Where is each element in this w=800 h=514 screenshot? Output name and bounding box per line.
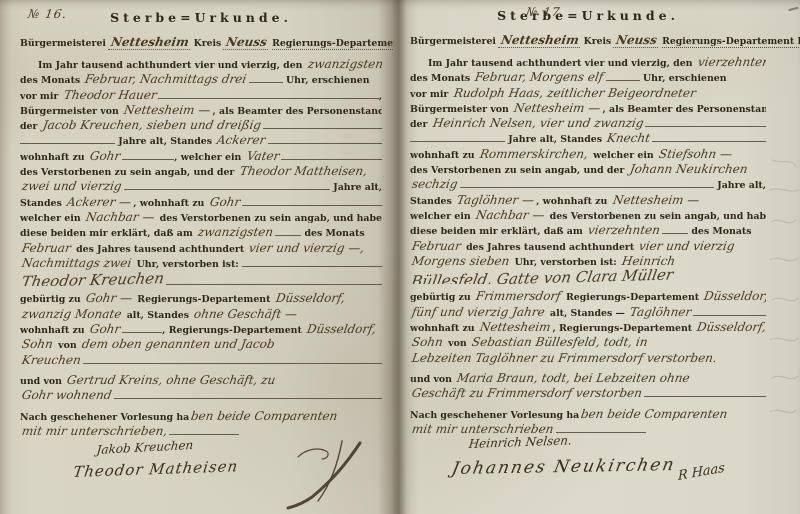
form-line: zwanzig Monate alt, Standes ohne Geschäf…: [20, 307, 382, 322]
filler-rule: [158, 96, 378, 99]
form-line: Standes Taglöhner —, wohnhaft zu Nettesh…: [410, 193, 766, 208]
printed-form-text: diese beiden mir erklärt, daß am: [410, 226, 586, 237]
handwritten-entry: vier und vierzig —,: [246, 241, 367, 255]
printed-form-text: von: [55, 340, 80, 351]
handwritten-entry: Gohr: [87, 149, 123, 163]
form-line: zwei und vierzig Jahre alt,: [20, 179, 382, 194]
printed-form-text: Nach geschehener Vorlesung ha: [410, 410, 579, 421]
printed-form-text: welcher ein: [410, 211, 474, 222]
form-line: Standes Ackerer —, wohnhaft zu Gohr: [20, 195, 382, 210]
printed-form-text: , wohnhaft zu: [133, 198, 207, 209]
filler-rule: [275, 233, 301, 236]
filler-rule: [122, 330, 162, 333]
handwritten-entry: Düsseldorf,: [273, 291, 348, 305]
filler-rule: [249, 80, 283, 83]
printed-form-text: von: [445, 338, 470, 349]
handwritten-entry: Gohr wohnend: [20, 388, 115, 402]
form-line: Jahre alt, Standes Knecht: [410, 131, 766, 146]
printed-form-text: Uhr, erschienen: [283, 75, 370, 86]
form-line: mit mir unterschrieben,: [20, 424, 382, 439]
signature: Heinrich Nelsen.: [468, 433, 573, 451]
printed-form-text: diese beiden mir erklärt, daß am: [20, 228, 196, 239]
form-line: welcher ein Nachbar — des Verstorbenen z…: [410, 208, 766, 223]
printed-form-text: des Jahres tausend achthundert: [463, 242, 638, 253]
department-label: Regierungs-Departement Düsseldorf.: [662, 36, 800, 48]
printed-form-text: vor mir: [410, 89, 452, 100]
corner-ink-mark: [787, 3, 798, 11]
printed-form-text: des Monats: [20, 75, 83, 86]
form-line: wohnhaft zu Gohr, welcher ein Vater: [20, 149, 382, 164]
form-line: mit mir unterschrieben: [410, 422, 766, 437]
printed-form-text: gebürtig zu: [20, 294, 84, 305]
handwritten-entry: Stiefsohn —: [656, 147, 735, 161]
form-line: des Verstorbenen zu sein angab, und der …: [20, 164, 382, 179]
form-line: diese beiden mir erklärt, daß am vierzeh…: [410, 223, 766, 238]
printed-form-text: des Verstorbenen zu sein angab, und der: [20, 167, 238, 178]
handwritten-entry: zwanzig Monate: [20, 307, 125, 321]
county-label: Kreis: [194, 38, 222, 49]
form-line: des Verstorbenen zu sein angab, und der …: [410, 162, 766, 177]
form-line: Nach geschehener Vorlesung haben beide C…: [410, 407, 766, 422]
form-line: gebürtig zu Gohr — Regierungs-Departemen…: [20, 291, 382, 306]
printed-form-text: und von: [20, 376, 65, 387]
form-line: welcher ein Nachbar — des Verstorbenen z…: [20, 210, 382, 225]
form-line: des Monats Februar, Morgens elf Uhr, ers…: [410, 70, 766, 85]
form-line: Im Jahr tausend achthundert vier und vie…: [20, 57, 382, 72]
ink-bleedthrough: [766, 150, 800, 430]
handwritten-entry: Nettesheim —: [609, 193, 702, 207]
printed-form-text: Uhr, verstorben ist:: [133, 259, 242, 270]
handwritten-entry: Taglöhner: [627, 305, 694, 319]
handwritten-entry: Nettesheim: [477, 320, 554, 334]
municipality-label: Bürgermeisterei: [20, 38, 106, 49]
filler-rule: [114, 396, 382, 399]
form-line: des Monats Februar, Nachmittags drei Uhr…: [20, 72, 382, 87]
handwritten-entry: Sohn: [20, 337, 56, 351]
printed-form-text: welcher ein: [590, 150, 657, 161]
printed-form-text: ,: [379, 91, 382, 102]
municipality-entry: Nettesheim: [108, 35, 192, 50]
page-header: № 17. Sterbe=Urkunde.: [410, 5, 766, 29]
form-line: wohnhaft zu Gohr, Regierungs-Departement…: [20, 322, 382, 337]
form-line: Morgens sieben Uhr, verstorben ist: Hein…: [410, 254, 766, 269]
handwritten-entry: ben beide Comparenten: [188, 409, 341, 423]
form-line: Bürgermeister von Nettesheim —, als Beam…: [20, 103, 382, 118]
printed-form-text: Uhr, verstorben ist:: [511, 257, 620, 268]
printed-form-text: Bürgermeister von: [20, 106, 122, 117]
form-line: Gohr wohnend: [20, 388, 382, 403]
printed-form-text: des Jahres tausend achthundert: [73, 244, 248, 255]
printed-form-text: Nach geschehener Vorlesung ha: [20, 412, 189, 423]
handwritten-entry: Nachbar —: [83, 210, 158, 224]
form-line: Februar des Jahres tausend achthundert v…: [410, 239, 766, 254]
printed-form-text: Jahre alt,: [330, 182, 382, 193]
form-line: Bürgermeister von Nettesheim —, als Beam…: [410, 101, 766, 116]
handwritten-entry: vierzehnten: [585, 223, 663, 237]
form-line: der Heinrich Nelsen, vier und zwanzig: [410, 116, 766, 131]
handwritten-entry: Düsseldorf,: [304, 322, 379, 336]
certificate-page-17: № 17. Sterbe=Urkunde. Bürgermeisterei Ne…: [394, 0, 800, 514]
filler-rule: [169, 432, 239, 435]
printed-form-text: der: [20, 121, 41, 132]
printed-form-text: und von: [410, 374, 455, 385]
death-register-scan: № 16. Sterbe=Urkunde. Bürgermeisterei Ne…: [0, 0, 800, 514]
certificate-title: Sterbe=Urkunde.: [20, 7, 382, 25]
handwritten-entry: Geschäft zu Frimmersdorf verstorben: [410, 386, 645, 400]
printed-form-text: , Regierungs-Departement: [162, 325, 305, 336]
handwritten-entry: Theodor Hauer: [60, 88, 159, 102]
form-line: Im Jahr tausend achthundert vier und vie…: [410, 55, 766, 70]
form-line: Lebzeiten Taglöhner zu Frimmersdorf vers…: [410, 351, 766, 366]
form-line: wohnhaft zu Nettesheim, Regierungs-Depar…: [410, 320, 766, 335]
handwritten-entry: Rommerskirchen,: [477, 147, 591, 161]
form-line: Sohn von dem oben genannten und Jacob: [20, 337, 382, 352]
handwritten-entry: Morgens sieben: [410, 254, 512, 268]
printed-form-text: Regierungs-Departement: [563, 292, 703, 303]
printed-form-text: des Monats: [410, 73, 473, 84]
handwritten-entry: Gohr: [87, 322, 123, 336]
handwritten-entry: Februar: [410, 239, 464, 253]
handwritten-entry: Ackerer —: [64, 195, 134, 209]
filler-rule: [556, 430, 646, 433]
signature-block: Heinrich Nelsen. Johannes Neukirchen R H…: [410, 437, 766, 509]
handwritten-entry: zwanzigsten: [195, 225, 276, 239]
filler-rule: [20, 141, 115, 144]
form-line: und von Maria Braun, todt, bei Lebzeiten…: [410, 371, 766, 386]
county-label: Kreis: [584, 36, 612, 47]
printed-form-text: wohnhaft zu: [410, 150, 478, 161]
printed-form-text: des Verstorbenen zu sein angab, und habe…: [156, 213, 382, 224]
handwritten-entry: Gohr —: [83, 291, 135, 305]
filler-rule: [263, 126, 382, 129]
printed-form-text: Standes: [410, 196, 455, 207]
handwritten-entry: zwei und vierzig: [20, 179, 125, 193]
printed-form-text: des Verstorbenen zu sein angab, und der: [410, 165, 628, 176]
municipality-label: Bürgermeisterei: [410, 36, 496, 47]
handwritten-entry: Jacob Kreuchen, sieben und dreißig: [40, 118, 264, 132]
filler-rule: [644, 394, 766, 397]
record-number: № 16.: [25, 7, 70, 21]
handwritten-entry: sechzig: [410, 177, 461, 191]
filler-rule: [281, 157, 382, 160]
handwritten-entry: Nettesheim —: [121, 103, 214, 117]
printed-form-text: Jahre alt, Standes: [115, 136, 215, 147]
filler-rule: [124, 187, 330, 190]
handwritten-entry: mit mir unterschrieben,: [20, 424, 170, 438]
handwritten-entry: ben beide Comparenten: [578, 407, 731, 421]
printed-form-text: , welcher ein: [174, 152, 244, 163]
form-line: wohnhaft zu Rommerskirchen, welcher ein …: [410, 147, 766, 162]
filler-rule: [460, 185, 714, 188]
form-line: Kreuchen: [20, 353, 382, 368]
form-line: gebürtig zu Frimmersdorf Regierungs-Depa…: [410, 289, 766, 304]
printed-form-text: der: [410, 119, 431, 130]
printed-form-text: alt, Standes —: [547, 308, 628, 319]
filler-rule: [268, 141, 382, 144]
handwritten-entry: Sebastian Büllesfeld, todt, in: [469, 335, 651, 349]
filler-rule: [166, 282, 382, 285]
handwritten-entry: Februar, Morgens elf: [472, 70, 606, 84]
filler-rule: [693, 313, 766, 316]
record-number: № 17.: [523, 5, 568, 19]
form-line: fünf und vierzig Jahre alt, Standes — Ta…: [410, 305, 766, 320]
handwritten-entry: Maria Braun, todt, bei Lebzeiten ohne: [454, 371, 693, 385]
printed-form-text: des Monats: [301, 228, 364, 239]
form-line: Geschäft zu Frimmersdorf verstorben: [410, 386, 766, 401]
signature: Jakob Kreuchen: [96, 438, 194, 457]
handwritten-entry: Nachbar —: [473, 208, 548, 222]
handwritten-entry: Rudolph Haas, zeitlicher Beigeordneter: [450, 86, 698, 100]
certificate-body: Im Jahr tausend achthundert vier und vie…: [410, 55, 766, 437]
printed-form-text: Jahre alt,: [714, 180, 766, 191]
form-line: diese beiden mir erklärt, daß am zwanzig…: [20, 225, 382, 240]
printed-form-text: Jahre alt, Standes: [505, 134, 605, 145]
county-entry: Neuss: [613, 33, 660, 48]
handwritten-entry: Februar, Nachmittags drei: [82, 72, 249, 86]
printed-form-text: vor mir: [20, 91, 62, 102]
printed-form-text: gebürtig zu: [410, 292, 474, 303]
county-entry: Neuss: [223, 35, 270, 50]
filler-rule: [606, 78, 640, 81]
handwritten-entry: Sohn: [410, 335, 446, 349]
signature-block: Jakob Kreuchen Theodor Matheisen: [20, 439, 382, 511]
printed-form-text: des Verstorbenen zu sein angab, und habe…: [546, 211, 766, 222]
municipality-entry: Nettesheim: [498, 33, 582, 48]
form-line: Februar des Jahres tausend achthundert v…: [20, 241, 382, 256]
handwritten-entry: dem oben genannten und Jacob: [79, 337, 278, 351]
handwritten-entry: Taglöhner —: [454, 193, 537, 207]
printed-form-text: Uhr, erschienen: [640, 73, 727, 84]
form-line: Sohn von Sebastian Büllesfeld, todt, in: [410, 335, 766, 350]
handwritten-entry: Nachmittags zwei: [20, 256, 134, 270]
handwritten-entry: Büllesfeld, Gatte von Clara Müller: [410, 269, 677, 284]
handwritten-entry: Heinrich: [619, 254, 678, 268]
filler-rule: [652, 139, 766, 142]
form-line: Jahre alt, Standes Ackerer: [20, 133, 382, 148]
printed-form-text: , wohnhaft zu: [536, 196, 610, 207]
handwritten-entry: Theodor Kreuchen: [20, 271, 168, 286]
jurisdiction-row: Bürgermeisterei Nettesheim Kreis Neuss R…: [410, 33, 766, 48]
certificate-body: Im Jahr tausend achthundert vier und vie…: [20, 57, 382, 439]
form-line: sechzig Jahre alt,: [410, 177, 766, 192]
form-line: Nach geschehener Vorlesung haben beide C…: [20, 409, 382, 424]
form-line: und von Gertrud Kreins, ohne Geschäft, z…: [20, 373, 382, 388]
printed-form-text: Regierungs-Departement: [134, 294, 274, 305]
page-header: № 16. Sterbe=Urkunde.: [20, 7, 382, 31]
printed-form-text: , als Beamter des Personenstandes,: [213, 106, 382, 117]
handwritten-entry: Gohr: [207, 195, 243, 209]
printed-form-text: Bürgermeister von: [410, 104, 512, 115]
handwritten-entry: vierzehnten: [695, 55, 766, 69]
printed-form-text: Standes: [20, 198, 65, 209]
printed-form-text: Im Jahr tausend achthundert vier und vie…: [38, 60, 306, 71]
handwritten-entry: Düsseldorf,: [694, 320, 766, 334]
filler-rule: [645, 124, 766, 127]
handwritten-entry: vier und vierzig: [636, 239, 738, 253]
printed-form-text: , als Beamter des Personenstandes,: [603, 104, 766, 115]
handwritten-entry: zwanzigsten: [305, 57, 382, 71]
handwritten-entry: Johann Neukirchen: [627, 162, 751, 176]
filler-rule: [122, 157, 174, 160]
filler-rule: [662, 231, 688, 234]
filler-rule: [410, 139, 505, 142]
signature-flourish: [278, 439, 368, 511]
printed-form-text: , Regierungs-Departement: [552, 323, 695, 334]
handwritten-entry: Ackerer: [214, 133, 269, 147]
form-line: vor mir Theodor Hauer,: [20, 88, 382, 103]
handwritten-entry: fünf und vierzig Jahre: [410, 305, 548, 319]
handwritten-entry: Frimmersdorf: [473, 289, 564, 303]
printed-form-text: wohnhaft zu: [20, 325, 88, 336]
handwritten-entry: Heinrich Nelsen, vier und zwanzig: [430, 116, 647, 130]
printed-form-text: Im Jahr tausend achthundert vier und vie…: [428, 58, 696, 69]
handwritten-entry: Knecht: [604, 131, 653, 145]
filler-rule: [242, 264, 382, 267]
filler-rule: [83, 361, 382, 364]
handwritten-entry: Februar: [20, 241, 74, 255]
printed-form-text: welcher ein: [20, 213, 84, 224]
handwritten-entry: Vater: [244, 149, 283, 163]
handwritten-entry: Nettesheim —: [511, 101, 604, 115]
form-line: vor mir Rudolph Haas, zeitlicher Beigeor…: [410, 86, 766, 101]
printed-form-text: wohnhaft zu: [20, 152, 88, 163]
handwritten-entry: ohne Geschäft —: [191, 307, 300, 321]
printed-form-text: alt, Standes: [123, 310, 192, 321]
printed-form-text: wohnhaft zu: [410, 323, 478, 334]
form-line: Theodor Kreuchen: [20, 271, 382, 286]
handwritten-entry: Kreuchen: [20, 353, 84, 367]
signature: Theodor Matheisen: [72, 457, 239, 481]
signature: Johannes Neukirchen: [450, 455, 677, 479]
certificate-title: Sterbe=Urkunde.: [410, 5, 766, 23]
form-line: Büllesfeld, Gatte von Clara Müller: [410, 269, 766, 284]
form-line: der Jacob Kreuchen, sieben und dreißig: [20, 118, 382, 133]
jurisdiction-row: Bürgermeisterei Nettesheim Kreis Neuss R…: [20, 35, 382, 50]
handwritten-entry: Lebzeiten Taglöhner zu Frimmersdorf vers…: [410, 351, 720, 365]
filler-rule: [242, 203, 382, 206]
handwritten-entry: Gertrud Kreins, ohne Geschäft, zu: [64, 373, 279, 387]
handwritten-entry: Düsseldorf: [701, 289, 766, 303]
handwritten-entry: Theodor Mattheisen,: [237, 164, 370, 178]
certificate-page-16: № 16. Sterbe=Urkunde. Bürgermeisterei Ne…: [0, 0, 394, 514]
printed-form-text: des Monats: [688, 226, 751, 237]
form-line: Nachmittags zwei Uhr, verstorben ist:: [20, 256, 382, 271]
signature: R Haas: [678, 461, 725, 484]
